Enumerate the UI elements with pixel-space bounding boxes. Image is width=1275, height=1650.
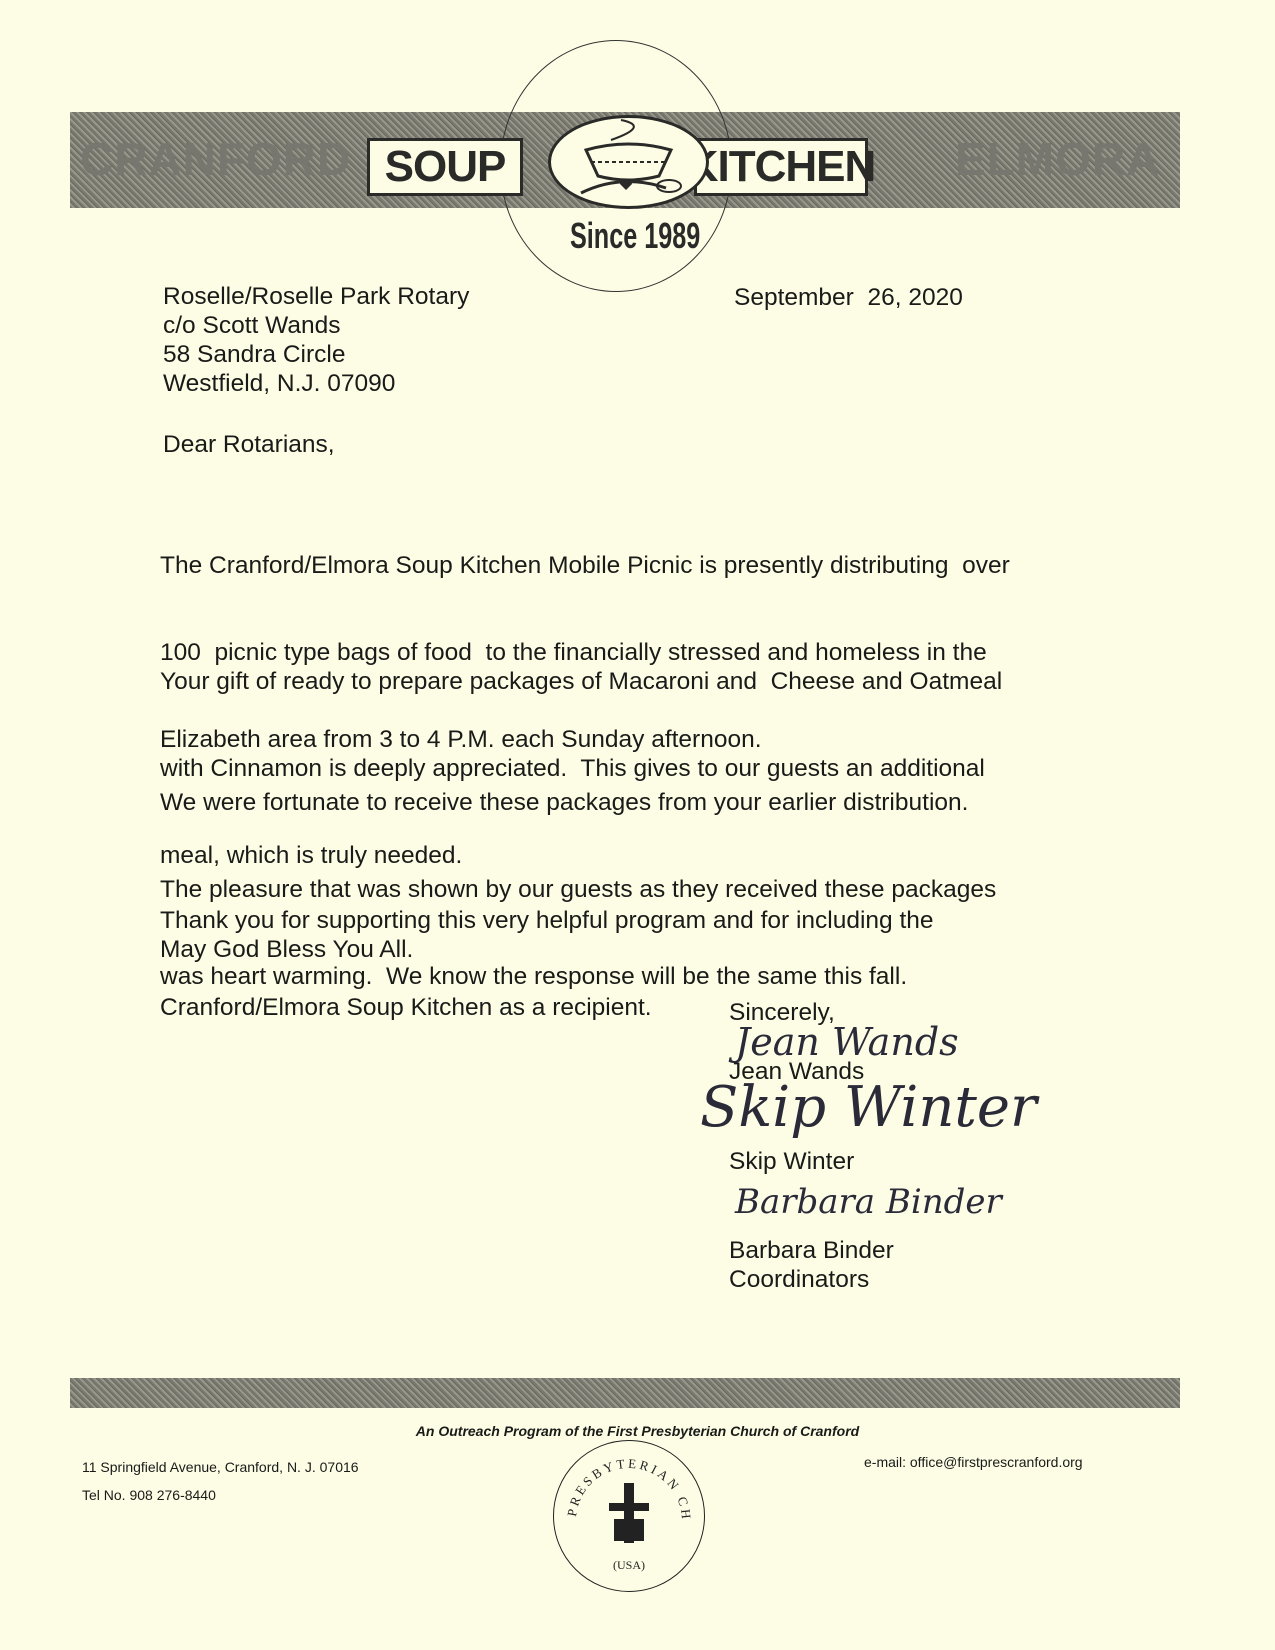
soup-bowl-icon bbox=[548, 115, 709, 209]
footer-phone: Tel No. 908 276-8440 bbox=[82, 1487, 216, 1503]
signature-barbara-binder: Barbara Binder bbox=[735, 1182, 1002, 1222]
letter-date: September 26, 2020 bbox=[734, 283, 963, 312]
presbyterian-seal-icon: PRESBYTERIAN CHURCH (USA) bbox=[553, 1440, 705, 1592]
salutation: Dear Rotarians, bbox=[163, 430, 335, 459]
recipient-line: 58 Sandra Circle bbox=[163, 340, 469, 369]
signer-name: Skip Winter bbox=[729, 1147, 854, 1176]
footer-band bbox=[70, 1378, 1180, 1408]
letterhead-right-word: ELMORA bbox=[955, 132, 1160, 186]
recipient-address: Roselle/Roselle Park Rotary c/o Scott Wa… bbox=[163, 282, 469, 398]
footer-address: 11 Springfield Avenue, Cranford, N. J. 0… bbox=[82, 1459, 359, 1475]
outreach-line: An Outreach Program of the First Presbyt… bbox=[0, 1423, 1275, 1439]
signer-name: Barbara Binder bbox=[729, 1236, 894, 1265]
paragraph-line: Your gift of ready to prepare packages o… bbox=[160, 667, 1002, 696]
logo-soup: SOUP bbox=[367, 138, 523, 196]
since-label: Since 1989 bbox=[570, 215, 700, 257]
signer-title: Coordinators bbox=[729, 1265, 869, 1294]
signature-skip-winter: Skip Winter bbox=[700, 1075, 1037, 1140]
letterhead-left-word: CRANFORD bbox=[80, 132, 351, 186]
paragraph-line: We were fortunate to receive these packa… bbox=[160, 788, 996, 817]
paragraph-line: Thank you for supporting this very helpf… bbox=[160, 906, 934, 935]
recipient-line: Westfield, N.J. 07090 bbox=[163, 369, 469, 398]
logo-kitchen: KITCHEN bbox=[694, 138, 868, 196]
recipient-line: Roselle/Roselle Park Rotary bbox=[163, 282, 469, 311]
seal-bottom-text: (USA) bbox=[613, 1558, 645, 1572]
paragraph-5: May God Bless You All. bbox=[160, 935, 413, 964]
recipient-line: c/o Scott Wands bbox=[163, 311, 469, 340]
paragraph-line: The Cranford/Elmora Soup Kitchen Mobile … bbox=[160, 551, 1010, 580]
footer-email[interactable]: e-mail: office@firstprescranford.org bbox=[864, 1454, 1083, 1470]
